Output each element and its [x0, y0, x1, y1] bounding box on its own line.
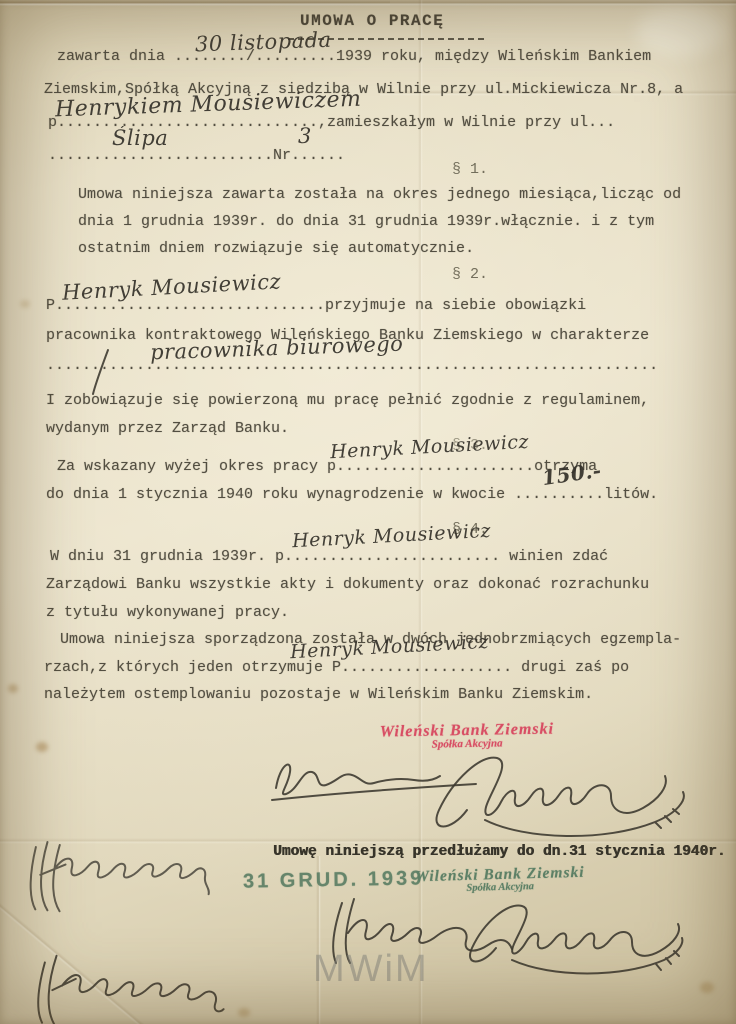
typed-line: I zobowiązuje się powierzoną mu pracę pe… — [46, 392, 649, 409]
bank-stamp-green: Wileński Bank Ziemski Spółka Akcyjna — [380, 863, 621, 896]
typed-line: W dniu 31 grudnia 1939r. p..............… — [50, 548, 608, 565]
handwritten-street: Ślipa — [112, 126, 168, 150]
typed-line: zawarta dnia ......../.........1939 roku… — [57, 48, 651, 65]
handwritten-date: 30 listopada — [195, 28, 332, 57]
pen-slash-mark — [90, 346, 114, 398]
handwritten-house-no: 3 — [298, 124, 312, 148]
stain — [238, 1008, 250, 1017]
typed-line: należytem ostemplowaniu pozostaje w Wile… — [44, 686, 593, 703]
stain — [8, 684, 18, 693]
signature-employee-bottom — [26, 937, 235, 1024]
typed-line: rzach,z których jeden otrzymuje P.......… — [44, 659, 629, 676]
typed-line: Umowa niniejsza zawarta została na okres… — [78, 186, 681, 203]
stain — [700, 982, 714, 993]
signature-bank-representative-2 — [415, 748, 710, 843]
stain — [20, 300, 30, 308]
typed-line: ostatnim dniem rozwiązuje się automatycz… — [78, 240, 474, 257]
typed-line: .........................Nr...... — [48, 147, 345, 164]
typed-line: Zarządowi Banku wszystkie akty i dokumen… — [46, 576, 649, 593]
document-scan: UMOWA O PRACĘ zawarta dnia ......../....… — [0, 0, 736, 1024]
extension-clause: Umowę niniejszą przedłużamy do dn.31 sty… — [273, 844, 725, 860]
typed-line: ........................................… — [46, 357, 658, 374]
signature-employee-top — [15, 819, 221, 916]
typed-line: z tytułu wykonywanej pracy. — [46, 604, 289, 621]
fold-crease — [0, 0, 390, 6]
typed-line: wydanym przez Zarząd Banku. — [46, 420, 289, 437]
museum-watermark: MWiM — [313, 948, 429, 991]
stain — [36, 742, 48, 752]
typed-line: dnia 1 grudnia 1939r. do dnia 31 grudnia… — [78, 213, 654, 230]
section-2-label: § 2. — [452, 266, 488, 283]
signature-extension-2 — [452, 896, 692, 976]
typed-line: do dnia 1 stycznia 1940 roku wynagrodzen… — [46, 486, 658, 503]
typed-line: Za wskazany wyżej okres pracy p.........… — [57, 458, 597, 475]
fold-crease — [0, 0, 736, 6]
section-1-label: § 1. — [452, 161, 488, 178]
